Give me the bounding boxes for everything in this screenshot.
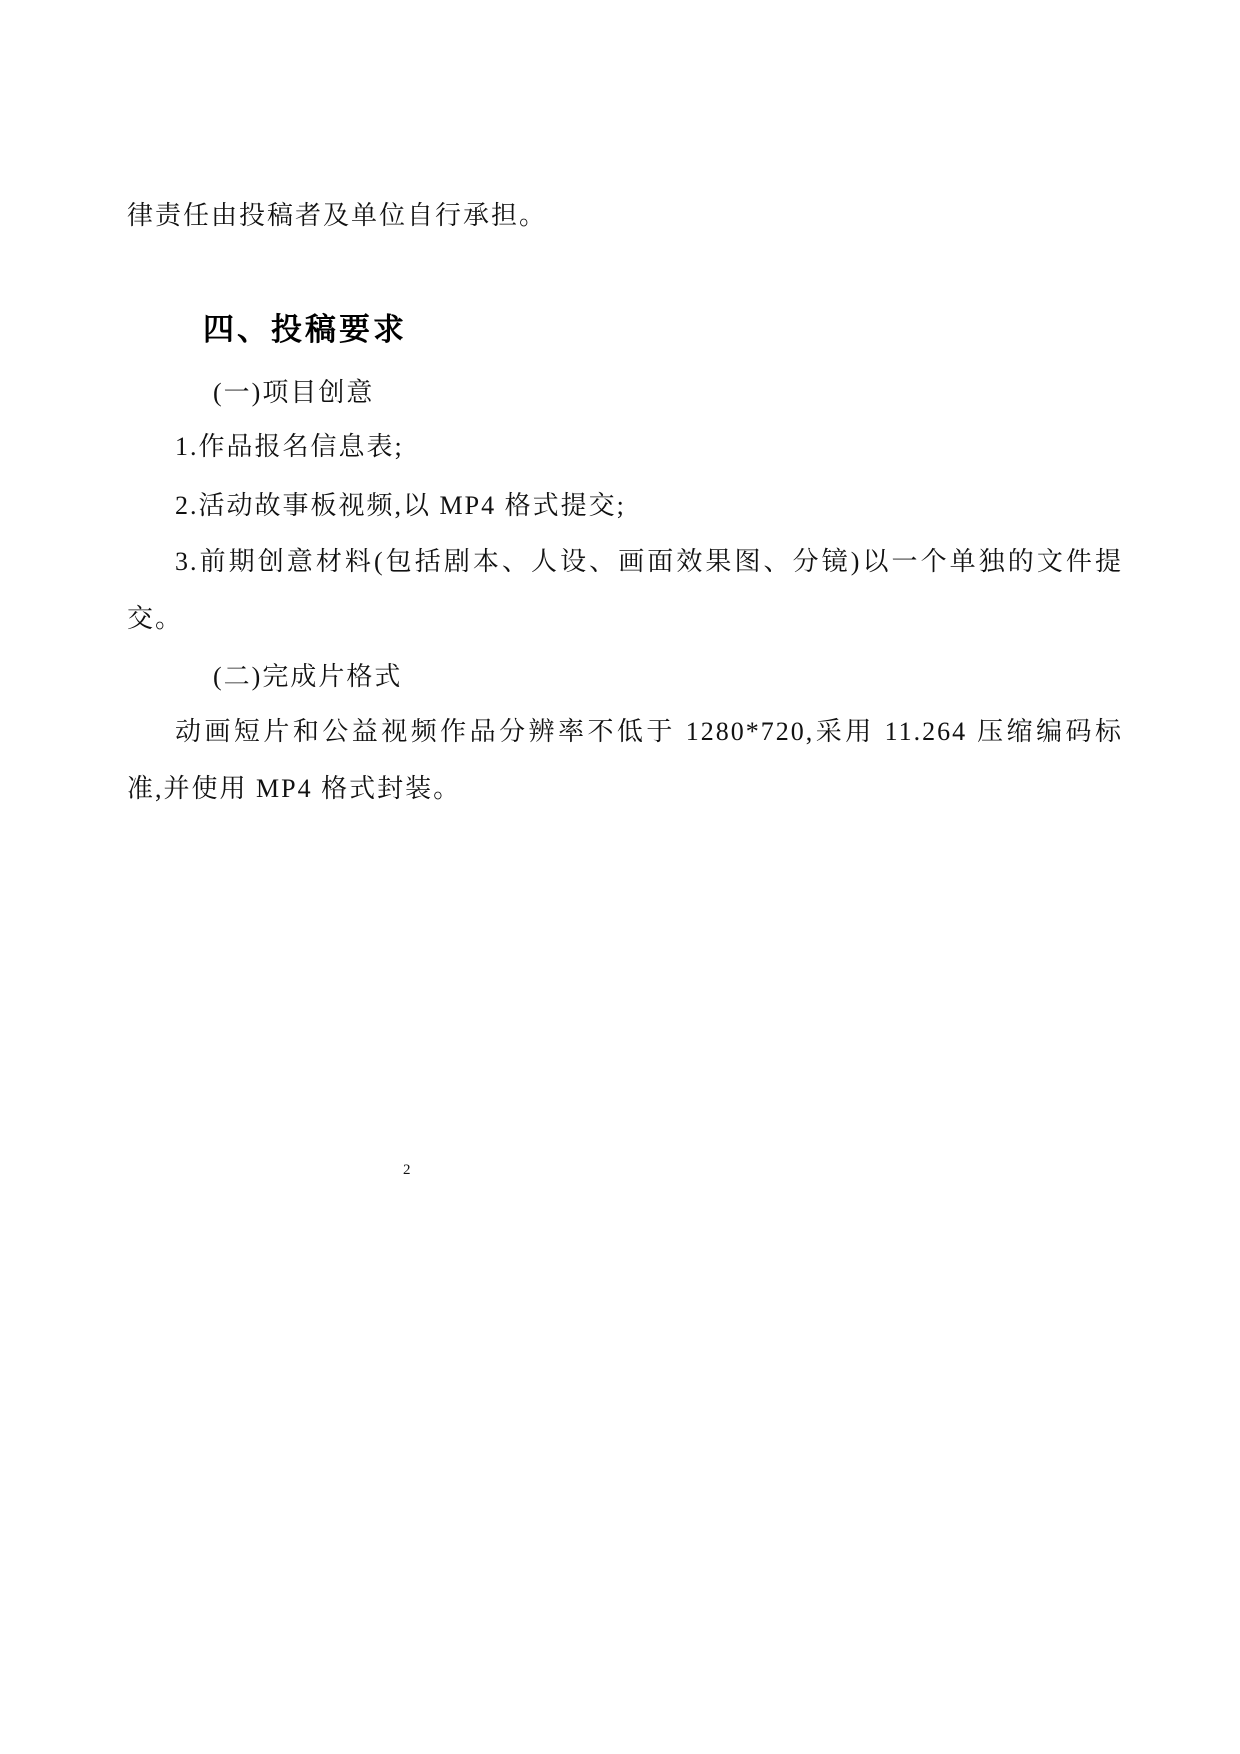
page-number: 2 [403,1160,411,1180]
body-text-continuation: 律责任由投稿者及单位自行承担。 [127,187,1123,244]
section-heading: 四、投稿要求 [127,309,1123,351]
list-item-1: 1.作品报名信息表; [127,418,1123,475]
list-item-3-line-2: 交。 [127,590,1123,647]
body-paragraph-line-2: 准,并使用 MP4 格式封装。 [127,760,1123,817]
list-item-3: 3.前期创意材料(包括剧本、人设、画面效果图、分镜)以一个单独的文件提 交。 [127,533,1123,647]
subsection-heading-2: (二)完成片格式 [127,648,1123,705]
subsection-heading-1: (一)项目创意 [127,364,1123,421]
list-item-2: 2.活动故事板视频,以 MP4 格式提交; [127,477,1123,534]
list-item-3-line-1: 3.前期创意材料(包括剧本、人设、画面效果图、分镜)以一个单独的文件提 [127,533,1123,590]
body-paragraph: 动画短片和公益视频作品分辨率不低于 1280*720,采用 11.264 压缩编… [127,703,1123,817]
document-page: 律责任由投稿者及单位自行承担。 四、投稿要求 (一)项目创意 1.作品报名信息表… [0,0,1240,1754]
body-paragraph-line-1: 动画短片和公益视频作品分辨率不低于 1280*720,采用 11.264 压缩编… [127,703,1123,760]
